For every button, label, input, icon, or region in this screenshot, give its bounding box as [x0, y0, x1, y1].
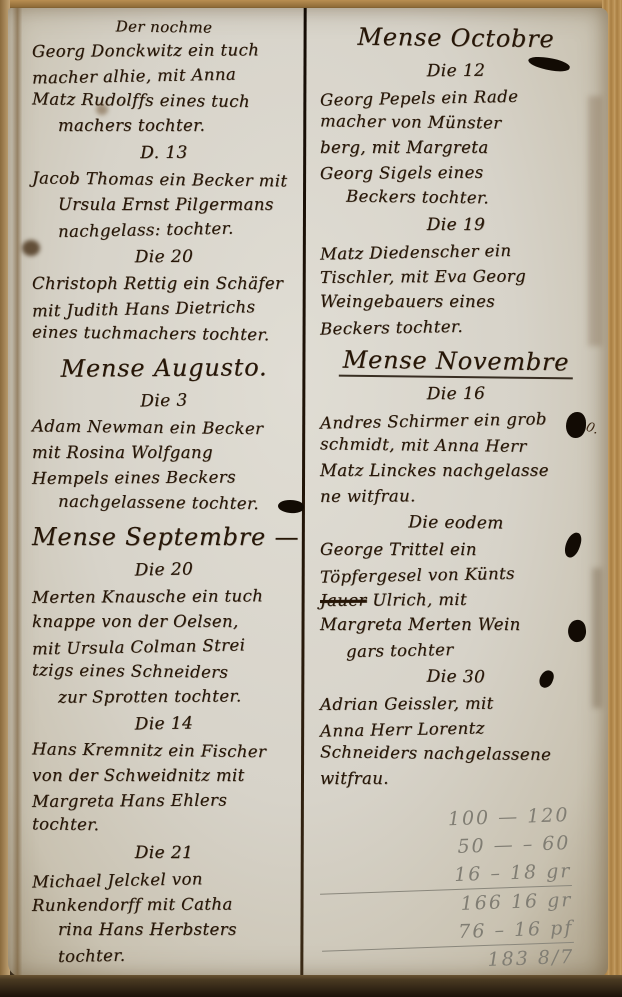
manuscript-line: Hempels eines Beckers — [32, 464, 296, 491]
manuscript-line: mit Rosina Wolfgang — [32, 440, 296, 465]
manuscript-line: Töpfergesel von Künts — [320, 559, 592, 589]
entry-date: D. 13 — [32, 139, 296, 168]
manuscript-line: Jacob Thomas ein Becker mit — [32, 165, 296, 193]
manuscript-line: Christoph Rettig ein Schäfer — [32, 271, 296, 296]
right-column: Mense Octobre Die 12 Georg Pepels ein Ra… — [320, 16, 592, 975]
manuscript-line: Margreta Hans Ehlers — [32, 787, 296, 814]
manuscript-line: tochter. — [32, 939, 296, 969]
manuscript-line: schmidt, mit Anna Herr — [320, 431, 592, 459]
manuscript-line: knappe von der Oelsen, — [32, 609, 296, 634]
entry-date: Die 14 — [32, 708, 296, 740]
entry-date: Die 20 — [32, 554, 296, 586]
entry-date: Die eodem — [320, 508, 592, 538]
entry-date: Die 20 — [32, 243, 296, 272]
manuscript-line: Runkendorff mit Catha — [32, 891, 296, 918]
manuscript-line: Georg Donckwitz ein tuch — [32, 37, 296, 64]
line-rest: Ulrich, mit — [367, 590, 467, 610]
month-heading-september: Mense Septembre — — [32, 519, 296, 555]
manuscript-line: Georg Sigels eines — [320, 159, 592, 186]
manuscript-line: nachgelass: tochter. — [32, 214, 296, 244]
month-heading-october: Mense Octobre — [320, 18, 592, 57]
entry-date: Die 19 — [320, 212, 592, 239]
month-heading-august: Mense Augusto. — [32, 349, 296, 387]
manuscript-line: Matz Diedenscher ein — [320, 236, 592, 266]
book-edge-bottom — [0, 975, 622, 997]
manuscript-photo: Der nochme Georg Donckwitz ein tuch mach… — [0, 0, 622, 997]
paper-stain — [96, 104, 108, 115]
manuscript-line-with-correction: Jauer Ulrich, mit — [320, 586, 592, 613]
carryover-line: Der nochme — [32, 14, 296, 39]
manuscript-line: nachgelassene tochter. — [32, 488, 296, 516]
manuscript-line: Beckers tochter. — [320, 183, 592, 211]
manuscript-line: Beckers tochter. — [320, 311, 592, 341]
manuscript-line: Adam Newman ein Becker — [32, 413, 296, 441]
entry-date: Die 21 — [32, 840, 296, 867]
entry-date: Die 3 — [32, 385, 296, 417]
gutter-fold-shadow — [12, 8, 22, 977]
manuscript-line: Matz Linckes nachgelasse — [320, 458, 592, 483]
ink-smudge — [592, 568, 602, 708]
manuscript-line: Margreta Merten Wein — [320, 612, 592, 637]
entry-date: Die 16 — [320, 380, 592, 409]
manuscript-line: eines tuchmachers tochter. — [32, 319, 296, 347]
manuscript-line: Michael Jelckel von — [32, 864, 296, 894]
manuscript-line: berg, mit Margreta — [320, 135, 592, 160]
manuscript-line: ne witfrau. — [320, 482, 592, 509]
manuscript-line: Tischler, mit Eva Georg — [320, 263, 592, 290]
ink-blot — [566, 412, 586, 438]
manuscript-line: gars tochter — [320, 634, 592, 664]
manuscript-line: Merten Knausche ein tuch — [32, 583, 296, 610]
manuscript-line: machers tochter. — [32, 113, 296, 138]
month-heading-november: Mense Novembre — [320, 341, 592, 380]
manuscript-line: Hans Kremnitz ein Fischer — [32, 736, 296, 764]
manuscript-line: rina Hans Herbsters — [32, 917, 296, 942]
paper-stain — [22, 240, 40, 256]
left-column: Der nochme Georg Donckwitz ein tuch mach… — [32, 16, 296, 967]
manuscript-line: Ursula Ernst Pilgermans — [32, 192, 296, 217]
column-divider-line — [300, 8, 306, 977]
ink-smudge — [588, 96, 602, 346]
manuscript-line: Schneiders nachgelassene — [320, 739, 592, 767]
manuscript-line: witfrau. — [320, 766, 592, 791]
manuscript-line: tochter. — [32, 811, 296, 839]
manuscript-line: Adrian Geissler, mit — [320, 690, 592, 717]
struck-word: Jauer — [320, 591, 367, 610]
manuscript-line: macher von Münster — [320, 108, 592, 136]
manuscript-line: Matz Rudolffs eines tuch — [32, 86, 296, 114]
manuscript-line: zur Sprotten tochter. — [32, 683, 296, 710]
manuscript-line: George Trittel ein — [320, 537, 592, 562]
manuscript-line: Weingebauers eines — [320, 289, 592, 314]
pencil-arithmetic: 100 — 120 50 — – 60 16 – 18 gr 166 16 gr… — [317, 800, 595, 979]
manuscript-line: von der Schweidnitz mit — [32, 763, 296, 788]
manuscript-line: tzigs eines Schneiders — [32, 657, 296, 685]
month-heading-text: Mense Novembre — [339, 346, 574, 380]
register-page: Der nochme Georg Donckwitz ein tuch mach… — [8, 8, 608, 977]
